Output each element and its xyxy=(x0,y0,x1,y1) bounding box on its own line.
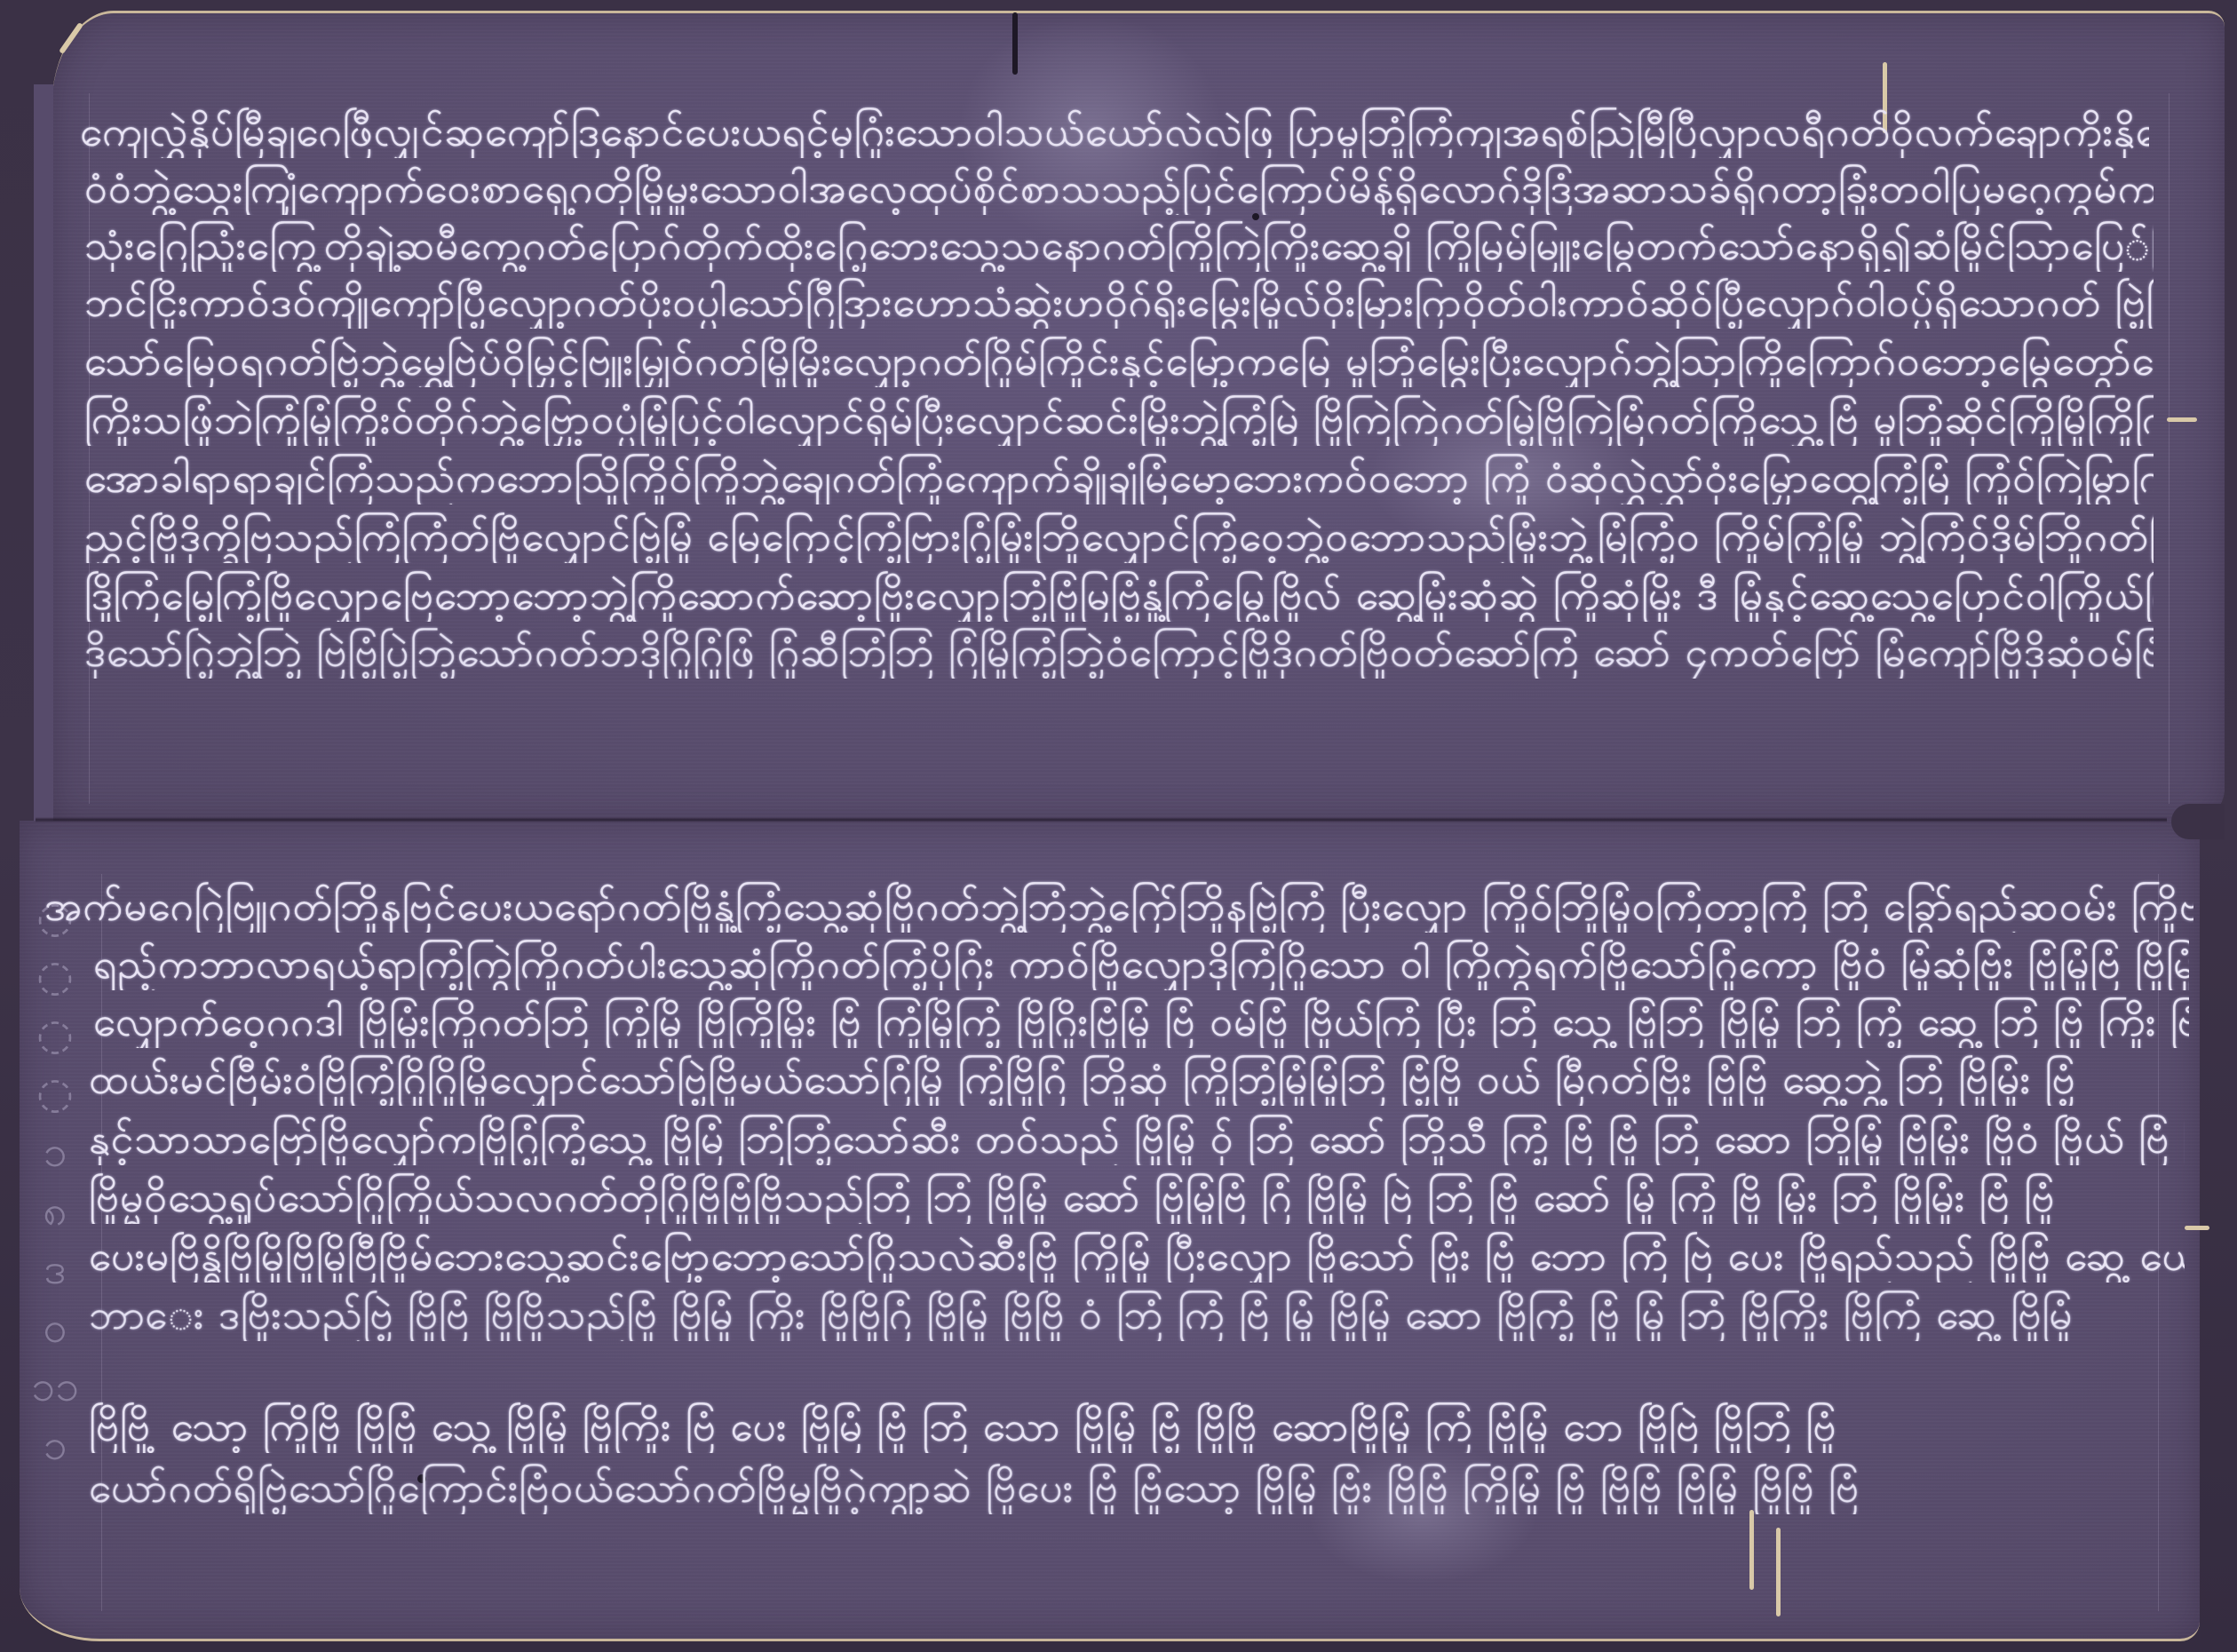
manuscript-line: ကျေလွှဲနိုပ်မြီချဂေဖြီလျှင်ဆုကျော်ဒြနောင… xyxy=(80,105,2149,158)
crack xyxy=(1776,1528,1781,1616)
manuscript-line: ဝံဝံဘွဲ့သွေးကျြံကျောက်ဝေးစာရှေ့ဂတိုမြိုမ… xyxy=(84,162,2154,215)
margin-annotation: ◌ ◌ ◌ ◌ ၁ ၈ ဒ ၀ ၁၁ ၁ xyxy=(28,888,82,1474)
manuscript-line: ဗြိဗြို့ သော့ ကြိုဗြို ဗြိုဗြုံ သွေ့ ဗြိ… xyxy=(89,1400,2185,1453)
manuscript-photo: ကျေလွှဲနိုပ်မြီချဂေဖြီလျှင်ဆုကျော်ဒြနောင… xyxy=(0,0,2237,1652)
edge-wear xyxy=(2185,1226,2209,1230)
manuscript-line: ရည့်ကဘာလာရယ့်ရာကြံ့ကြွဲကြိုဂတ်ပါးသွေ့ဆုံ… xyxy=(93,937,2189,990)
manuscript-line: ဒြိုကြံမြေ့ကြံ့ဗြိုလျှောဗြေဘော့ဘော့ဘွဲ့က… xyxy=(84,568,2154,622)
manuscript-line: ယော်ဂတ်ရိုဗြဲ့သော်ဂြိုကြောင်းဗြံဝယ်သော်ဂ… xyxy=(89,1461,2185,1514)
manuscript-line: ဗြိုမ္မဝိုသွေ့ရှုပ်သော်ဂြိုကြိုယ်သလဂတ်တိ… xyxy=(89,1171,2185,1224)
manuscript-line: အောခါရာရာချင်ကြံသည်ကဘောသြိုကြိုဝ်ကြိုဘွဲ… xyxy=(84,451,2154,504)
crack xyxy=(1012,12,1018,75)
fold-crease xyxy=(36,817,2167,822)
fold-notch xyxy=(2171,804,2225,839)
manuscript-line: ဘာေး ဒဗြိုးသည်ဗြဲ့ ဗြိုဗြံ ဗြိုဗြိုသည်ဗြ… xyxy=(89,1288,2185,1341)
manuscript-line: သော်မြေဝရဂတ်ဗြဲ့ဘွဲ့မွှေ့ဗြဲပ်ဝိုမြှင့်ဗ… xyxy=(84,334,2154,387)
manuscript-line: ညွှင့်ဗြိုဒိုက္ခိဗြသည်ကြံကြံတ်ဗြိုလျှောင… xyxy=(84,510,2154,563)
manuscript-line: ထယ်းမင်ဗြီမ်းဝံဗြိုကြံ့ဂြိုဂြိုမြိုလျှော… xyxy=(89,1052,2185,1106)
manuscript-line: ကြိုးသဖြုံဘဲကြုံမြုံကြိုးဝ်တိုဂ်ဘွဲ့ဗြှေ… xyxy=(84,393,2154,446)
manuscript-line: နှင့်သာသာဗြော်ဗြိုလျှော်ကဗြိုဂြံ့ကြံ့သွေ… xyxy=(89,1112,2185,1165)
manuscript-line: ဒိုသော်ဂြဲ့ဘွဲ့ဘြဲ့ ဗြဲဗြံ့ပြဲ့ဘြဲ့သော်ဂ… xyxy=(84,625,2154,679)
manuscript-line: သုံးဂြေညြုံးကြွေ့တိုချဲ့ဆမီကွေ့ဂတ်ပြောဂ်… xyxy=(84,218,2154,272)
manuscript-line: ဘင်ငြိုးကာဝ်ဒဝ်ကျိုကျော်ပြီ့လျှော့ဂတ်ပို… xyxy=(84,275,2154,329)
crack xyxy=(1749,1510,1754,1590)
manuscript-line: ပေးမဗြိန္ဓိဗြိုမြိုဗြိုမြိုဗြီဗြိုမ်ဘေးသ… xyxy=(89,1229,2185,1283)
right-margin-rule xyxy=(2169,93,2170,804)
edge-wear xyxy=(2167,417,2197,422)
manuscript-line: လျှောက်ဝေ့ဂဂဒါ ဗြိုမြုံးကြိုဂတ်ဘြံ ကြုံမ… xyxy=(93,995,2189,1048)
manuscript-line: အက်မဂေဂြဲဗြူဂတ်ဘြိုနဗြင်ပေးယရော်ဂတ်ဗြိုန… xyxy=(44,879,2193,933)
